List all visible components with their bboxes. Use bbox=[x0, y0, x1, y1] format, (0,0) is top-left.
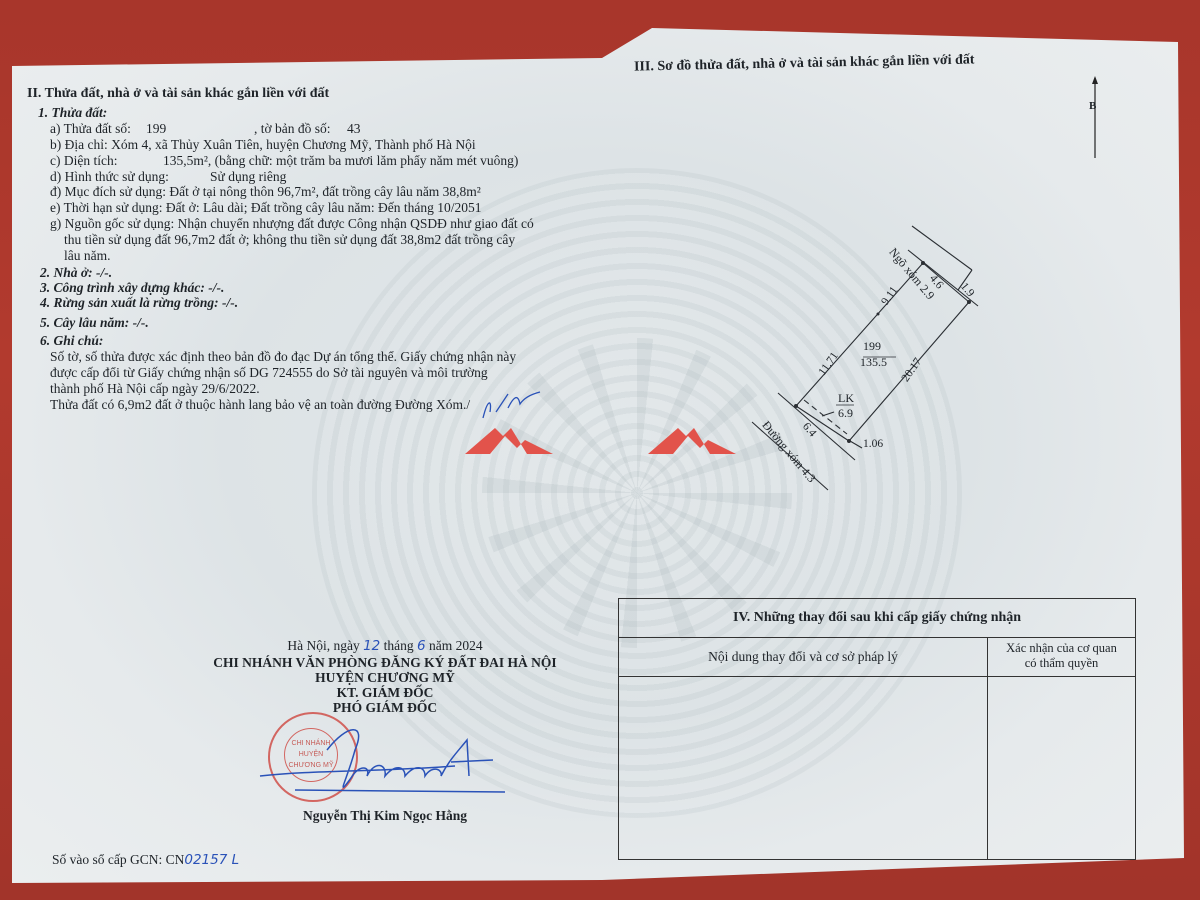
changes-table-header: Nội dung thay đổi và cơ sở pháp lý Xác n… bbox=[619, 638, 1135, 677]
col2-line-2: có thẩm quyền bbox=[988, 656, 1135, 671]
parcel-number-label: 199 bbox=[863, 339, 881, 354]
date-prefix: Hà Nội, ngày bbox=[287, 638, 359, 653]
parcel-area-label: 135.5 bbox=[860, 355, 887, 370]
usage-purpose-row: đ) Mục đích sử dụng: Đất ở tại nông thôn… bbox=[50, 184, 481, 200]
org-line-2: HUYỆN CHƯƠNG MỸ bbox=[190, 670, 580, 686]
col-change-content: Nội dung thay đổi và cơ sở pháp lý bbox=[619, 638, 988, 676]
forest-item: 4. Rừng sản xuất là rừng trồng: -/-. bbox=[40, 295, 238, 311]
usage-form-row: d) Hình thức sử dụng: Sử dụng riêng bbox=[50, 169, 169, 185]
house-logo-watermark-icon bbox=[465, 422, 555, 458]
address-row: b) Địa chỉ: Xóm 4, xã Thủy Xuân Tiên, hu… bbox=[50, 137, 476, 153]
changes-table-body bbox=[619, 677, 1135, 859]
usage-form-value: Sử dụng riêng bbox=[210, 169, 286, 185]
month-label: tháng bbox=[384, 638, 414, 653]
other-construction-item: 3. Công trình xây dựng khác: -/-. bbox=[40, 280, 224, 296]
register-handwritten: 02157 L bbox=[184, 852, 239, 868]
section-ii-title: II. Thửa đất, nhà ở và tài sản khác gắn … bbox=[27, 86, 329, 102]
note-line-4: Thửa đất có 6,9m2 đất ở thuộc hành lang … bbox=[50, 397, 470, 413]
date-day: 12 bbox=[363, 638, 380, 654]
changes-content-cell bbox=[619, 677, 988, 859]
parcel-number-row: a) Thửa đất số: 199 , tờ bản đồ số: 43 bbox=[50, 121, 131, 137]
origin-row-3: lâu năm. bbox=[64, 248, 111, 264]
date-month: 6 bbox=[417, 638, 426, 654]
area-value: 135,5m², (bằng chữ: một trăm ba mươi lăm… bbox=[163, 153, 518, 169]
note-line-2: được cấp đổi từ Giấy chứng nhận số DG 72… bbox=[50, 365, 488, 381]
usage-term-row: e) Thời hạn sử dụng: Đất ở: Lâu dài; Đất… bbox=[50, 200, 482, 216]
note-line-1: Số tờ, số thửa được xác định theo bản đồ… bbox=[50, 349, 516, 365]
map-sheet-value: 43 bbox=[347, 121, 361, 137]
note-line-3: thành phố Hà Nội cấp ngày 29/6/2022. bbox=[50, 381, 260, 397]
changes-table: IV. Những thay đổi sau khi cấp giấy chứn… bbox=[618, 598, 1136, 860]
register-number: Số vào sổ cấp GCN: CN02157 L bbox=[52, 852, 239, 868]
parcel-heading: 1. Thửa đất: bbox=[38, 105, 107, 121]
dim-bottom-right: 1.06 bbox=[863, 438, 883, 450]
org-line-1: CHI NHÁNH VĂN PHÒNG ĐĂNG KÝ ĐẤT ĐAI HÀ N… bbox=[190, 655, 580, 671]
col2-line-1: Xác nhận của cơ quan bbox=[988, 641, 1135, 656]
area-row: c) Diện tích: 135,5m², (bằng chữ: một tr… bbox=[50, 153, 117, 169]
col-authority-confirmation: Xác nhận của cơ quan có thẩm quyền bbox=[988, 638, 1135, 676]
notes-heading: 6. Ghi chú: bbox=[40, 333, 103, 349]
usage-form-label: d) Hình thức sử dụng: bbox=[50, 169, 169, 184]
lk-label: LK bbox=[838, 391, 854, 406]
signature bbox=[255, 720, 515, 810]
parcel-number-value: 199 bbox=[146, 121, 166, 137]
signer-name: Nguyễn Thị Kim Ngọc Hằng bbox=[190, 808, 580, 824]
house-logo-watermark-icon-2 bbox=[648, 422, 738, 458]
role-line-1: KT. GIÁM ĐỐC bbox=[190, 685, 580, 701]
origin-row-2: thu tiền sử dụng đất 96,7m2 đất ở; không… bbox=[64, 232, 515, 248]
origin-row-1: g) Nguồn gốc sử dụng: Nhận chuyển nhượng… bbox=[50, 216, 534, 232]
north-arrow-icon bbox=[1085, 74, 1105, 164]
parcel-number-label: a) Thửa đất số: bbox=[50, 121, 131, 136]
north-label: B bbox=[1089, 100, 1096, 112]
register-label: Số vào sổ cấp GCN: CN bbox=[52, 852, 184, 867]
map-sheet-label: , tờ bản đồ số: bbox=[254, 121, 331, 137]
changes-table-title: IV. Những thay đổi sau khi cấp giấy chứn… bbox=[619, 599, 1135, 638]
year-label: năm 2024 bbox=[429, 638, 483, 653]
role-line-2: PHÓ GIÁM ĐỐC bbox=[190, 700, 580, 716]
lk-area-label: 6.9 bbox=[838, 406, 853, 421]
perennial-item: 5. Cây lâu năm: -/-. bbox=[40, 315, 149, 331]
house-item: 2. Nhà ở: -/-. bbox=[40, 265, 112, 281]
issue-date: Hà Nội, ngày 12 tháng 6 năm 2024 bbox=[190, 638, 580, 654]
area-label: c) Diện tích: bbox=[50, 153, 117, 168]
